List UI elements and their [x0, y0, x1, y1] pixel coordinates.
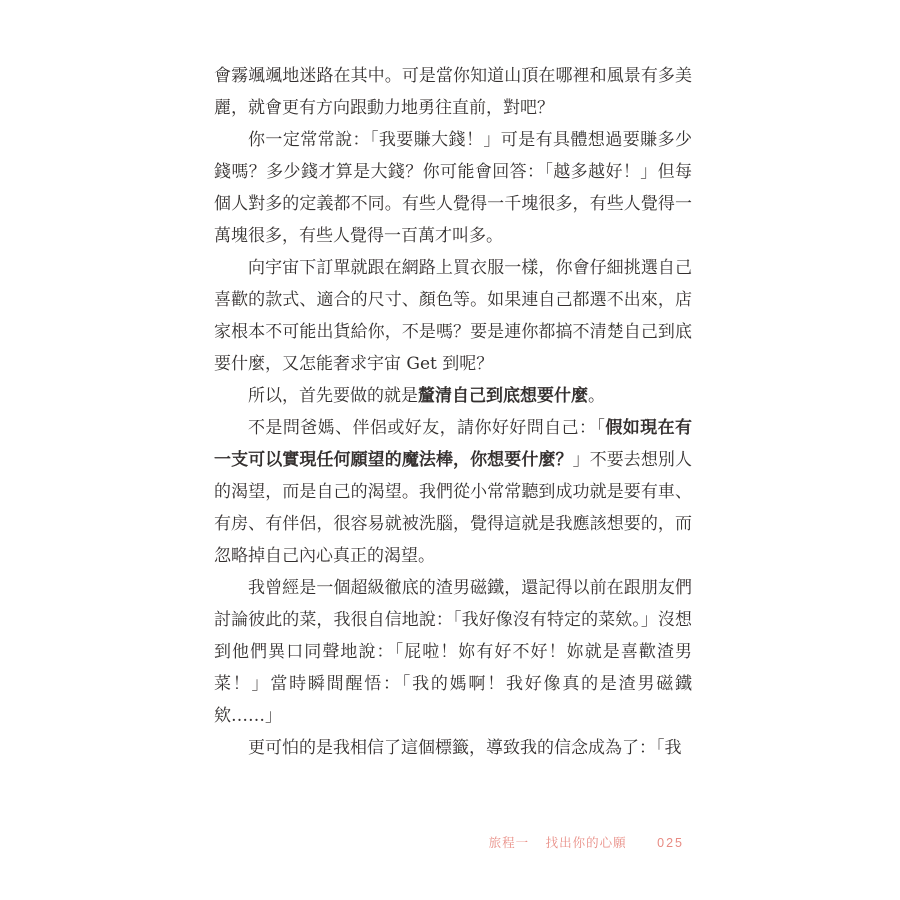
paragraph: 所以，首先要做的就是釐清自己到底想要什麼。: [214, 380, 692, 412]
paragraph: 你一定常常說：「我要賺大錢！」可是有具體想過要賺多少錢嗎？多少錢才算是大錢？你可…: [214, 124, 692, 252]
text-segment: 不是問爸媽、伴侶或好友，請你好好問自己：「: [248, 418, 605, 438]
text-segment: 所以，首先要做的就是: [248, 386, 418, 406]
paragraph: 更可怕的是我相信了這個標籤，導致我的信念成為了：「我: [214, 732, 692, 764]
footer-chapter-label: 旅程一: [489, 836, 530, 850]
text-segment: 我曾經是一個超級徹底的渣男磁鐵，還記得以前在跟朋友們討論彼此的菜，我很自信地說：…: [214, 578, 692, 726]
paragraph: 不是問爸媽、伴侶或好友，請你好好問自己：「假如現在有一支可以實現任何願望的魔法棒…: [214, 412, 692, 572]
text-segment: 。: [588, 386, 605, 406]
text-segment: 會霧颯颯地迷路在其中。可是當你知道山頂在哪裡和風景有多美麗，就會更有方向跟動力地…: [214, 66, 692, 118]
paragraph: 向宇宙下訂單就跟在網路上買衣服一樣，你會仔細挑選自己喜歡的款式、適合的尺寸、顏色…: [214, 252, 692, 380]
page-footer: 旅程一 找出你的心願 025: [489, 833, 684, 851]
book-page: 會霧颯颯地迷路在其中。可是當你知道山頂在哪裡和風景有多美麗，就會更有方向跟動力地…: [0, 0, 900, 900]
text-segment: 向宇宙下訂單就跟在網路上買衣服一樣，你會仔細挑選自己喜歡的款式、適合的尺寸、顏色…: [214, 258, 692, 374]
bold-text-segment: 釐清自己到底想要什麼: [418, 386, 588, 406]
paragraph: 會霧颯颯地迷路在其中。可是當你知道山頂在哪裡和風景有多美麗，就會更有方向跟動力地…: [214, 60, 692, 124]
text-segment: 更可怕的是我相信了這個標籤，導致我的信念成為了：「我: [248, 738, 682, 758]
footer-section-title: 找出你的心願: [546, 836, 627, 850]
text-segment: 你一定常常說：「我要賺大錢！」可是有具體想過要賺多少錢嗎？多少錢才算是大錢？你可…: [214, 130, 692, 246]
footer-page-number: 025: [657, 836, 684, 850]
body-text: 會霧颯颯地迷路在其中。可是當你知道山頂在哪裡和風景有多美麗，就會更有方向跟動力地…: [214, 60, 692, 764]
paragraph: 我曾經是一個超級徹底的渣男磁鐵，還記得以前在跟朋友們討論彼此的菜，我很自信地說：…: [214, 572, 692, 732]
